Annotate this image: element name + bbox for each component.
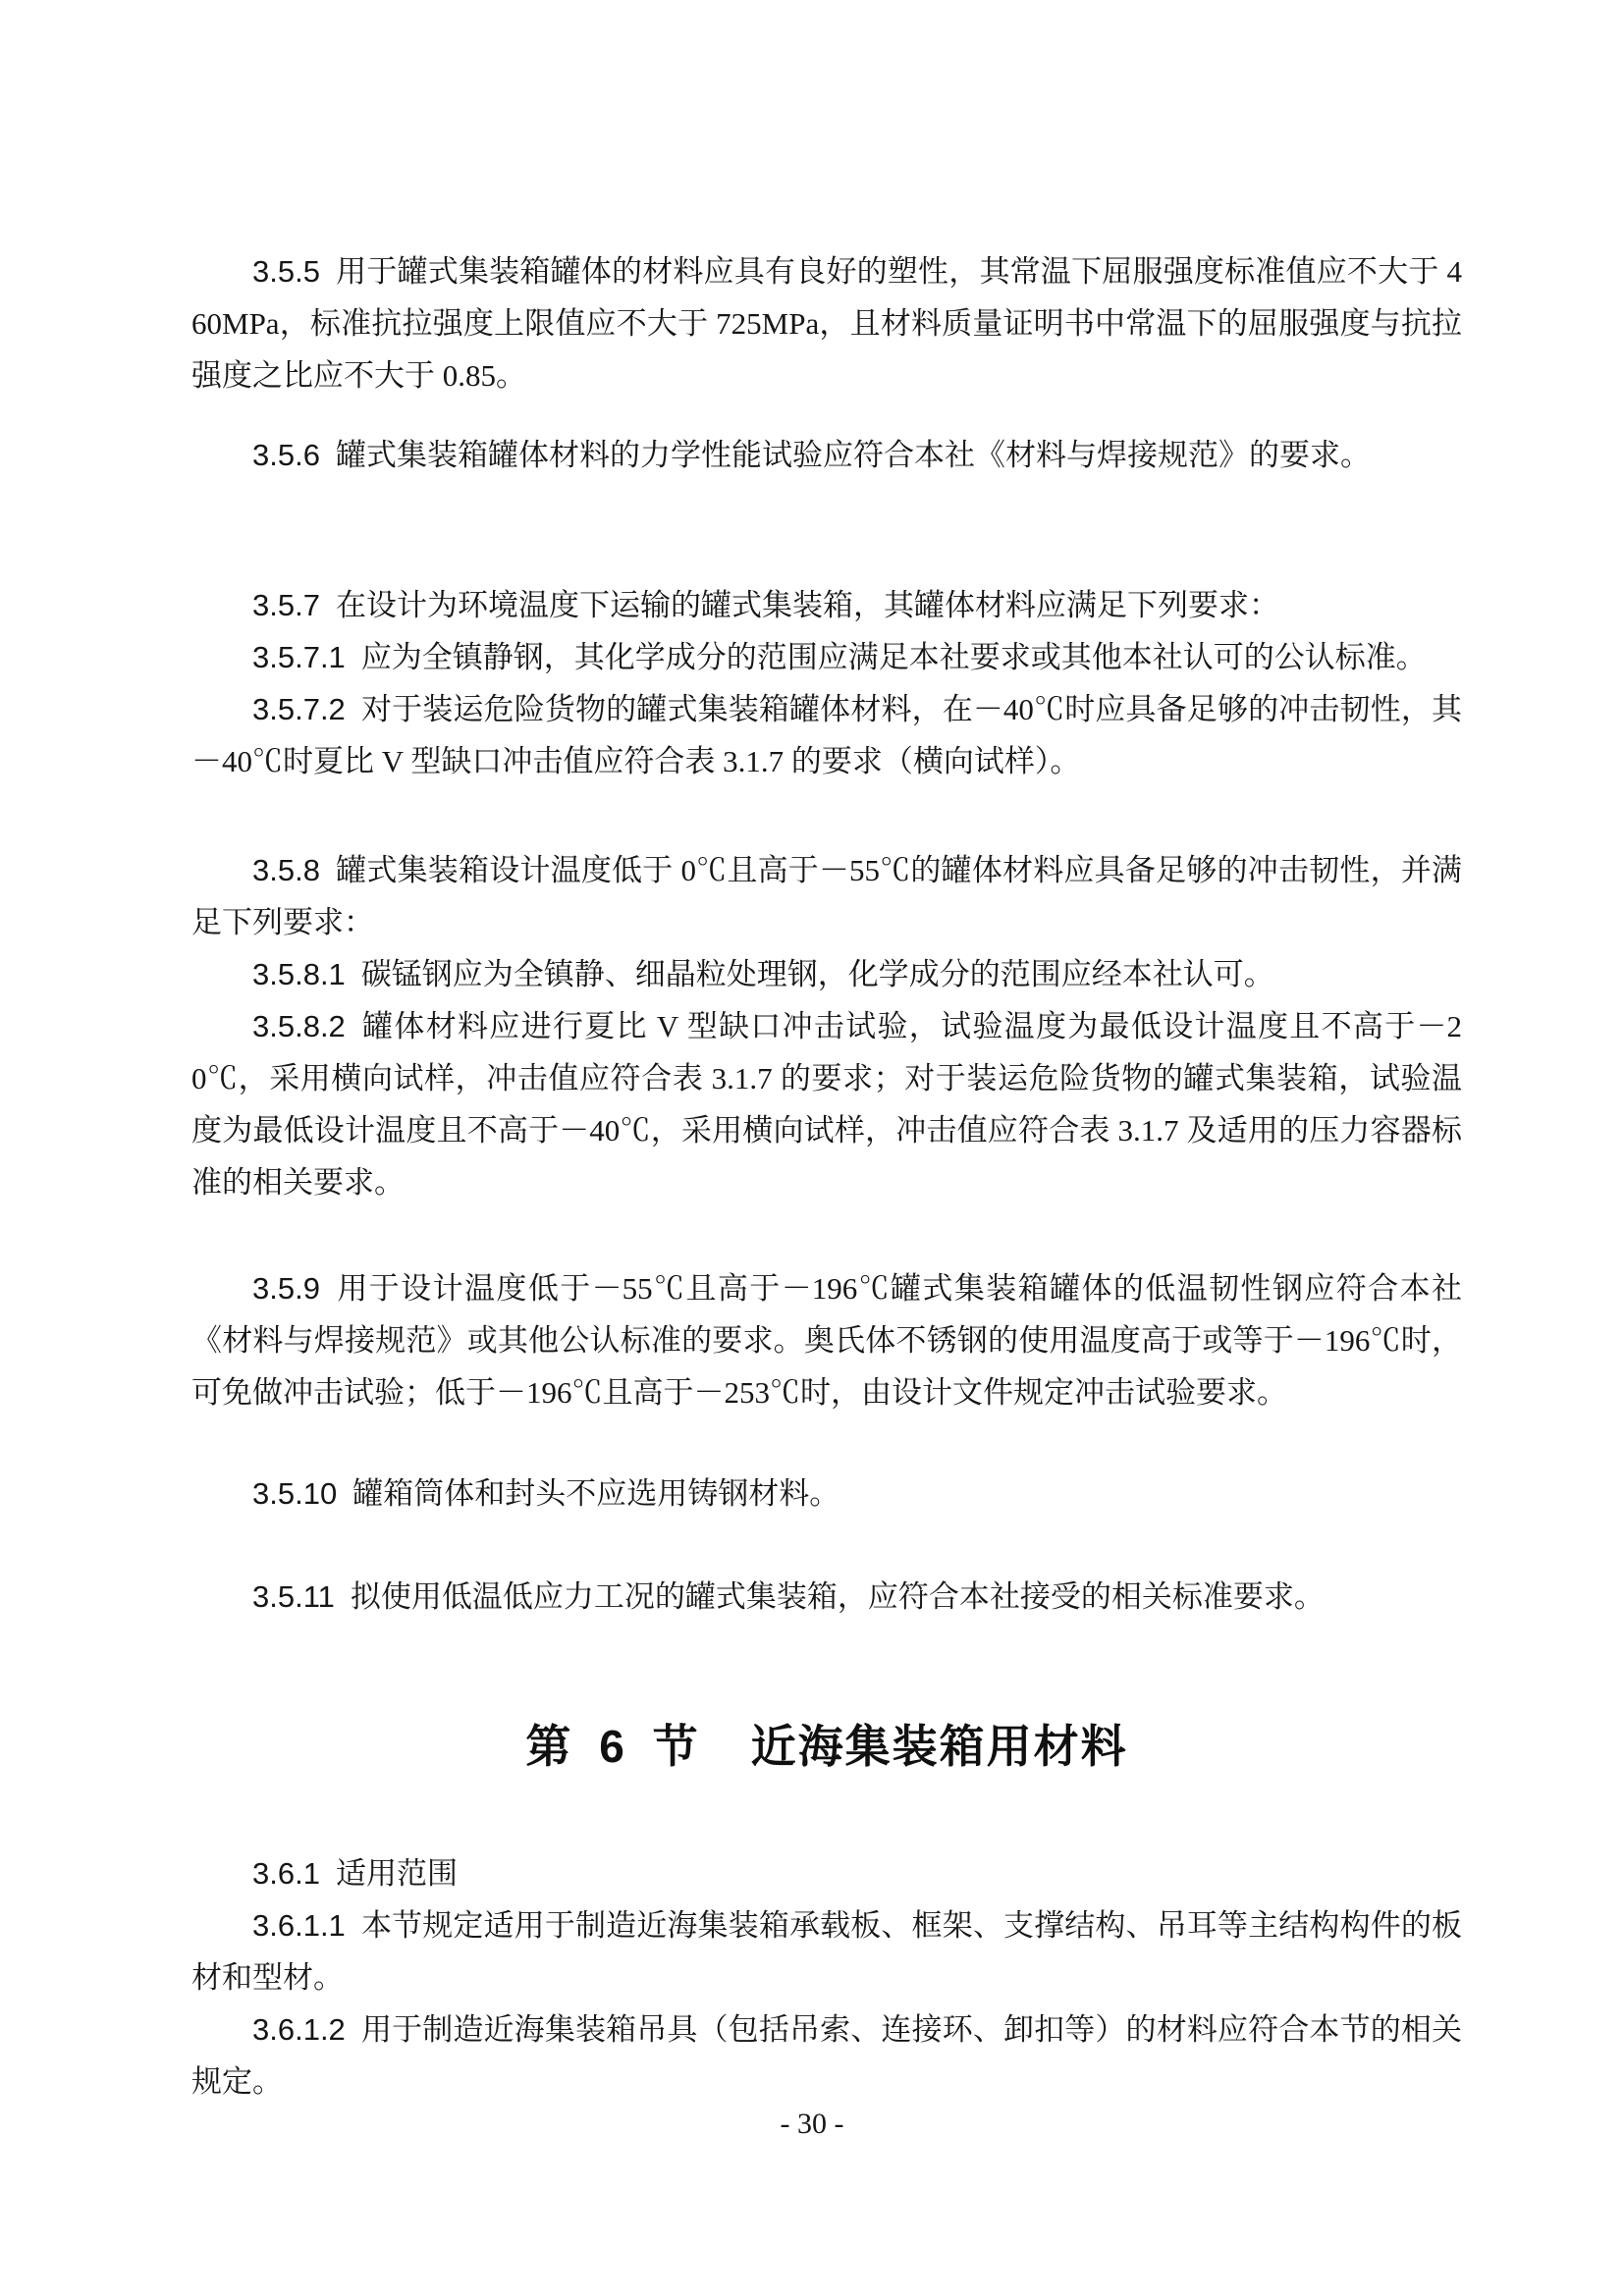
clause-3-6-1-2: 3.6.1.2用于制造近海集装箱吊具（包括吊索、连接环、卸扣等）的材料应符合本节… — [191, 2003, 1462, 2108]
clause-number: 3.5.5 — [252, 254, 320, 289]
clause-3-5-11: 3.5.11拟使用低温低应力工况的罐式集装箱，应符合本社接受的相关标准要求。 — [191, 1571, 1462, 1623]
clause-number: 3.6.1 — [252, 1856, 320, 1891]
clause-number: 3.5.7.2 — [252, 692, 346, 726]
clause-3-5-7: 3.5.7在设计为环境温度下运输的罐式集装箱，其罐体材料应满足下列要求： — [191, 579, 1462, 631]
clause-number: 3.6.1.2 — [252, 2012, 346, 2047]
clause-3-6-1-1: 3.6.1.1本节规定适用于制造近海集装箱承载板、框架、支撑结构、吊耳等主结构构… — [191, 1899, 1462, 2003]
clause-number: 3.5.8.1 — [252, 957, 346, 991]
clause-3-5-6: 3.5.6罐式集装箱罐体材料的力学性能试验应符合本社《材料与焊接规范》的要求。 — [191, 429, 1462, 481]
clause-text: 应为全镇静钢，其化学成分的范围应满足本社要求或其他本社认可的公认标准。 — [361, 640, 1427, 674]
clause-number: 3.5.11 — [252, 1579, 335, 1614]
clause-text: 罐式集装箱设计温度低于 0℃且高于－55℃的罐体材料应具备足够的冲击韧性，并满足… — [191, 853, 1462, 939]
clause-text: 拟使用低温低应力工况的罐式集装箱，应符合本社接受的相关标准要求。 — [351, 1579, 1325, 1614]
page-body: 3.5.5用于罐式集装箱罐体的材料应具有良好的塑性，其常温下屈服强度标准值应不大… — [0, 0, 1624, 2108]
clause-3-5-10: 3.5.10罐箱筒体和封头不应选用铸钢材料。 — [191, 1468, 1462, 1520]
clause-text: 罐体材料应进行夏比 V 型缺口冲击试验，试验温度为最低设计温度且不高于－20℃，… — [191, 1009, 1462, 1200]
clause-number: 3.5.9 — [252, 1271, 320, 1306]
clause-number: 3.5.10 — [252, 1476, 337, 1511]
document-page: 3.5.5用于罐式集装箱罐体的材料应具有良好的塑性，其常温下屈服强度标准值应不大… — [0, 0, 1624, 2296]
clause-3-5-5: 3.5.5用于罐式集装箱罐体的材料应具有良好的塑性，其常温下屈服强度标准值应不大… — [191, 245, 1462, 401]
clause-number: 3.5.8 — [252, 853, 320, 887]
clause-text: 适用范围 — [336, 1856, 458, 1891]
clause-number: 3.5.6 — [252, 438, 320, 472]
clause-3-5-7-2: 3.5.7.2对于装运危险货物的罐式集装箱罐体材料，在－40℃时应具备足够的冲击… — [191, 683, 1462, 787]
section-number-label: 第 6 节 — [525, 1721, 705, 1772]
clause-3-5-8: 3.5.8罐式集装箱设计温度低于 0℃且高于－55℃的罐体材料应具备足够的冲击韧… — [191, 844, 1462, 948]
section-title: 近海集装箱用材料 — [751, 1721, 1128, 1772]
section-6-heading: 第 6 节近海集装箱用材料 — [191, 1716, 1462, 1777]
clause-text: 本节规定适用于制造近海集装箱承载板、框架、支撑结构、吊耳等主结构构件的板材和型材… — [191, 1908, 1462, 1995]
clause-text: 碳锰钢应为全镇静、细晶粒处理钢，化学成分的范围应经本社认可。 — [361, 957, 1274, 991]
clause-text: 对于装运危险货物的罐式集装箱罐体材料，在－40℃时应具备足够的冲击韧性，其－40… — [191, 692, 1462, 778]
clause-3-5-8-2: 3.5.8.2罐体材料应进行夏比 V 型缺口冲击试验，试验温度为最低设计温度且不… — [191, 1000, 1462, 1208]
clause-3-5-9: 3.5.9用于设计温度低于－55℃且高于－196℃罐式集装箱罐体的低温韧性钢应符… — [191, 1262, 1462, 1418]
clause-text: 用于制造近海集装箱吊具（包括吊索、连接环、卸扣等）的材料应符合本节的相关规定。 — [191, 2012, 1462, 2099]
clause-number: 3.6.1.1 — [252, 1908, 346, 1943]
clause-text: 用于设计温度低于－55℃且高于－196℃罐式集装箱罐体的低温韧性钢应符合本社《材… — [191, 1271, 1462, 1410]
clause-text: 在设计为环境温度下运输的罐式集装箱，其罐体材料应满足下列要求： — [336, 588, 1279, 622]
clause-3-6-1: 3.6.1适用范围 — [191, 1847, 1462, 1899]
clause-3-5-8-1: 3.5.8.1碳锰钢应为全镇静、细晶粒处理钢，化学成分的范围应经本社认可。 — [191, 948, 1462, 1000]
clause-text: 罐式集装箱罐体材料的力学性能试验应符合本社《材料与焊接规范》的要求。 — [336, 438, 1371, 472]
page-number: - 30 - — [0, 2107, 1624, 2142]
clause-3-5-7-1: 3.5.7.1应为全镇静钢，其化学成分的范围应满足本社要求或其他本社认可的公认标… — [191, 631, 1462, 683]
clause-text: 罐箱筒体和封头不应选用铸钢材料。 — [352, 1476, 839, 1511]
clause-number: 3.5.7 — [252, 588, 320, 622]
clause-number: 3.5.8.2 — [252, 1009, 346, 1043]
clause-text: 用于罐式集装箱罐体的材料应具有良好的塑性，其常温下屈服强度标准值应不大于 460… — [191, 254, 1462, 393]
clause-number: 3.5.7.1 — [252, 640, 346, 674]
